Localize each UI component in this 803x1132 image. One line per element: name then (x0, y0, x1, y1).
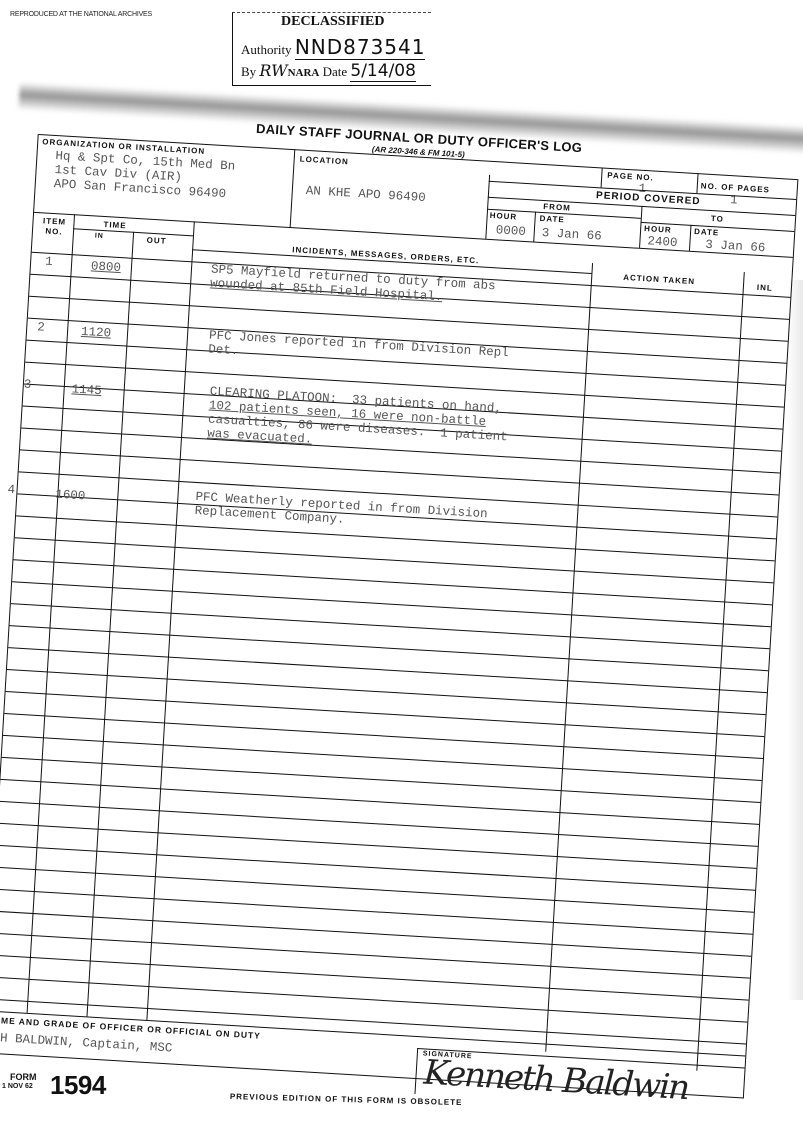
location-label: LOCATION (299, 155, 349, 167)
table-row (29, 296, 788, 342)
table-row (0, 867, 754, 913)
date-value: 5/14/08 (350, 61, 416, 82)
table-row (0, 823, 756, 869)
table-row (4, 713, 763, 759)
entry-item-no: 1 (45, 255, 53, 269)
from-hour-label: HOUR (489, 211, 517, 222)
entry-text-line: PFC Jones reported in from Division Repl (209, 328, 509, 360)
form-frame: ORGANIZATION OR INSTALLATION Hq & Spt Co… (0, 134, 798, 1099)
time-header: TIME (103, 220, 127, 230)
to-date-label: DATE (694, 227, 720, 237)
to-hour-label: HOUR (644, 224, 672, 235)
table-row (0, 933, 750, 979)
inl-header: INL (757, 283, 773, 293)
pages-divider (696, 173, 698, 193)
table-row (12, 581, 771, 627)
agency: NARA (288, 67, 320, 79)
authority-line: Authority NND873541 (241, 35, 425, 59)
table-row (20, 449, 779, 495)
table-row (7, 669, 766, 715)
table-row (8, 647, 767, 693)
declassified-stamp: DECLASSIFIED Authority NND873541 By RWNA… (232, 12, 431, 86)
table-row (11, 603, 770, 649)
table-row (15, 537, 774, 583)
declassified-title: DECLASSIFIED (281, 14, 384, 30)
entry-time-in: 0800 (91, 259, 122, 275)
from-hour-divider (533, 212, 536, 242)
incidents-header: INCIDENTS, MESSAGES, ORDERS, ETC. (292, 245, 479, 265)
archive-note: REPRODUCED AT THE NATIONAL ARCHIVES (10, 11, 152, 18)
table-row (0, 889, 753, 935)
scan-edge-shadow (787, 280, 803, 1000)
entry-item-no: 2 (37, 320, 45, 334)
page-no-divider (601, 167, 603, 187)
item-no-header: ITEM NO. (39, 216, 70, 238)
by-initials: RW (259, 61, 287, 80)
table-row (16, 515, 775, 561)
entry-text-line: Det. (208, 342, 239, 358)
out-header: OUT (146, 236, 166, 246)
table-row (0, 955, 749, 1001)
table-row (17, 493, 776, 539)
by-label: By (241, 64, 256, 79)
from-hour-value: 0000 (495, 223, 526, 239)
signature-divider (414, 1048, 418, 1094)
table-row (0, 845, 755, 891)
from-label: FROM (543, 202, 571, 213)
to-hour-divider (689, 225, 692, 251)
authority-value: NND873541 (295, 35, 426, 60)
table-row (10, 625, 769, 671)
authority-label: Authority (241, 42, 292, 57)
table-row (0, 779, 759, 825)
from-date-label: DATE (539, 214, 565, 224)
form-word: FORM (10, 1072, 37, 1082)
to-label: TO (711, 214, 724, 224)
date-label: Date (323, 64, 348, 79)
action-col-rule (696, 272, 744, 1071)
in-col-rule (86, 232, 134, 1017)
table-row (0, 801, 758, 847)
table-row (6, 691, 765, 737)
table-row (0, 977, 747, 1023)
from-to-divider (639, 206, 642, 248)
org-location-divider (290, 149, 296, 227)
form-number: 1594 (50, 1070, 106, 1101)
in-header: IN (95, 233, 104, 241)
table-row (13, 559, 772, 605)
form-date: 1 NOV 62 (2, 1083, 33, 1090)
from-date-value: 3 Jan 66 (541, 226, 602, 244)
entry-time-in: 1120 (81, 325, 112, 341)
by-line: By RWNARA Date 5/14/08 (241, 61, 416, 81)
action-taken-header: ACTION TAKEN (623, 273, 695, 286)
entry-time-in: 1145 (71, 382, 102, 398)
table-row (0, 911, 751, 957)
location-value: AN KHE APO 96490 (305, 184, 426, 205)
page-no-label: PAGE NO. (607, 171, 654, 183)
table-row (2, 757, 761, 803)
table-row (3, 735, 762, 781)
entry-time-in: 1600 (55, 488, 86, 504)
entry-item-no: 3 (23, 378, 31, 392)
entry-item-no: 4 (7, 483, 15, 497)
duty-log-form: DAILY STAFF JOURNAL OR DUTY OFFICER'S LO… (0, 96, 801, 1132)
location-period-divider (485, 175, 490, 239)
